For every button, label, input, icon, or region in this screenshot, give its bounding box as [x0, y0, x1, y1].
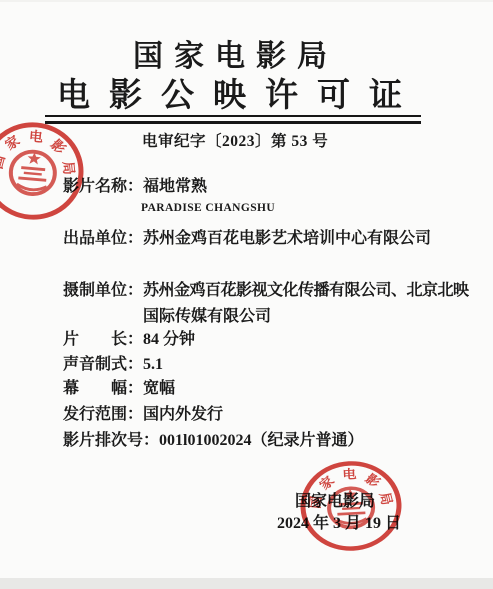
seal-char: 局 — [60, 161, 77, 176]
field-row-runtime: 片 长：84 分钟 — [63, 330, 195, 349]
field-label-sound-format: 声音制式： — [63, 355, 143, 374]
field-row-production-company: 出品单位：苏州金鸡百花电影艺术培训中心有限公司 — [63, 229, 431, 248]
field-value-filming-company-line1: 苏州金鸡百花影视文化传播有限公司、北京北映 — [143, 281, 469, 300]
field-value-distribution-scope: 国内外发行 — [143, 405, 223, 424]
field-value-film-sequence-number: 001l01002024（纪录片普通） — [159, 431, 363, 450]
field-label-film-sequence-number: 影片排次号： — [63, 431, 159, 450]
seal-char: 局 — [377, 491, 396, 506]
field-value-production-company: 苏州金鸡百花电影艺术培训中心有限公司 — [143, 229, 431, 248]
seal-char: 国 — [0, 153, 8, 170]
field-row-film-sequence-number: 影片排次号：001l01002024（纪录片普通） — [63, 431, 363, 450]
field-label-distribution-scope: 发行范围： — [63, 405, 143, 424]
field-value-film-title: 福地常熟 — [143, 177, 207, 196]
official-seal-right: 国 家 电 影 局 — [296, 456, 407, 555]
seal-char: 电 — [342, 466, 358, 482]
field-row-distribution-scope: 发行范围：国内外发行 — [63, 405, 223, 424]
permit-number: 电审纪字〔2023〕第 53 号 — [142, 129, 328, 151]
field-row-sound-format: 声音制式：5.1 — [63, 355, 163, 374]
field-value-film-title-english: PARADISE CHANGSHU — [141, 202, 275, 214]
scan-edge-top — [0, 0, 493, 2]
field-value-filming-company-line2: 国际传媒有限公司 — [143, 303, 271, 326]
national-emblem-icon — [9, 150, 57, 196]
field-value-sound-format: 5.1 — [143, 355, 163, 374]
official-seal-left: 国 家 电 影 局 — [0, 116, 90, 227]
field-value-screen-format: 宽幅 — [143, 379, 175, 398]
field-label-filming-company: 摄制单位： — [63, 281, 143, 300]
title-divider-rule — [45, 115, 421, 124]
field-row-filming-company: 摄制单位：苏州金鸡百花影视文化传播有限公司、北京北映 — [63, 281, 469, 300]
scan-edge-bottom — [0, 578, 493, 589]
permit-title: 电影公映许可证 — [57, 80, 421, 113]
seal-char: 电 — [28, 128, 44, 145]
field-label-screen-format: 幕 幅： — [63, 379, 143, 398]
field-label-production-company: 出品单位： — [63, 229, 143, 248]
national-emblem-icon — [328, 487, 374, 528]
field-value-runtime: 84 分钟 — [143, 330, 195, 349]
authority-title: 国家电影局 — [133, 42, 338, 72]
field-label-runtime: 片 长： — [63, 330, 143, 349]
seal-char: 国 — [306, 495, 325, 509]
field-row-screen-format: 幕 幅：宽幅 — [63, 379, 175, 398]
